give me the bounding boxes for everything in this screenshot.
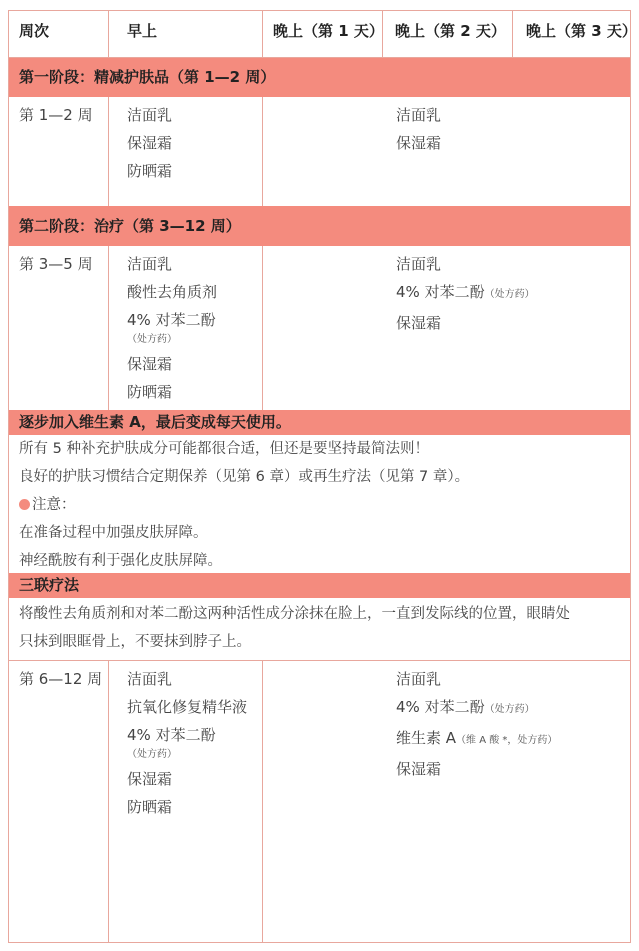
night-list: 洁面乳 4% 对苯二酚（处方药） 维生素 A（维 A 酸 *，处方药） 保湿霜 [396, 665, 557, 783]
stage1-band: 第一阶段：精减护肤品（第 1—2 周） [9, 58, 630, 97]
night-item: 4% 对苯二酚（处方药） [396, 693, 557, 724]
stage2-row-weeks-6-12: 第 6—12 周 洁面乳 抗氧化修复精华液 4% 对苯二酚 （处方药） 保湿霜 … [9, 661, 630, 942]
morning-item: 保湿霜 [127, 350, 217, 378]
morning-list: 洁面乳 酸性去角质剂 4% 对苯二酚 （处方药） 保湿霜 防晒霜 [127, 250, 217, 406]
note-line: 所有 5 种补充护肤成分可能都很合适，但还是要坚持最简法则！ [19, 435, 630, 463]
night-item: 洁面乳 [396, 665, 557, 693]
morning-list: 洁面乳 保湿霜 防晒霜 [127, 101, 172, 185]
note-line: 将酸性去角质剂和对苯二酚这两种活性成分涂抹在脸上，一直到发际线的位置，眼睛处 [19, 600, 630, 628]
header-night-day1: 晚上（第 1 天） [263, 11, 382, 57]
night-item: 维生素 A（维 A 酸 *，处方药） [396, 724, 557, 755]
note-line: 神经酰胺有利于强化皮肤屏障。 [19, 547, 630, 575]
divider [262, 661, 263, 942]
morning-item: 洁面乳 [127, 665, 247, 693]
morning-item: 4% 对苯二酚 [127, 308, 217, 332]
night-list: 洁面乳 4% 对苯二酚（处方药） 保湿霜 [396, 250, 535, 337]
morning-item: 保湿霜 [127, 129, 172, 157]
note-line: 良好的护肤习惯结合定期保养（见第 6 章）或再生疗法（见第 7 章）。 [19, 463, 630, 491]
night-item: 保湿霜 [396, 309, 535, 337]
morning-item: 防晒霜 [127, 378, 217, 406]
header-night-day2: 晚上（第 2 天） [383, 11, 512, 57]
morning-item: 酸性去角质剂 [127, 278, 217, 306]
vitamin-a-band: 逐步加入维生素 A，最后变成每天使用。 [9, 410, 630, 435]
note-line: 只抹到眼眶骨上，不要抹到脖子上。 [19, 628, 630, 656]
night-item-text: 4% 对苯二酚 [396, 698, 485, 716]
divider [108, 661, 109, 942]
header-night-day3: 晚上（第 3 天） [513, 11, 630, 57]
stage1-row: 第 1—2 周 洁面乳 保湿霜 防晒霜 洁面乳 保湿霜 [9, 97, 630, 206]
night-item: 保湿霜 [396, 129, 441, 157]
divider [108, 246, 109, 410]
rx-note: （处方药） [485, 704, 535, 715]
note-attention: 注意： [19, 491, 630, 519]
attention-label: 注意： [32, 497, 76, 513]
divider [262, 97, 263, 206]
stage2-row-weeks-3-5: 第 3—5 周 洁面乳 酸性去角质剂 4% 对苯二酚 （处方药） 保湿霜 防晒霜… [9, 246, 630, 410]
week-label: 第 1—2 周 [19, 101, 93, 129]
notes-block: 所有 5 种补充护肤成分可能都很合适，但还是要坚持最简法则！ 良好的护肤习惯结合… [9, 435, 630, 574]
divider [108, 97, 109, 206]
week-label: 第 6—12 周 [19, 665, 102, 693]
morning-item: 防晒霜 [127, 157, 172, 185]
morning-list: 洁面乳 抗氧化修复精华液 4% 对苯二酚 （处方药） 保湿霜 防晒霜 [127, 665, 247, 821]
morning-item: 洁面乳 [127, 101, 172, 129]
rx-note: （处方药） [127, 332, 217, 348]
note-line: 在准备过程中加强皮肤屏障。 [19, 519, 630, 547]
night-item-text: 4% 对苯二酚 [396, 283, 485, 301]
divider [262, 246, 263, 410]
night-item: 保湿霜 [396, 755, 557, 783]
night-item: 洁面乳 [396, 101, 441, 129]
header-week: 周次 [9, 11, 108, 57]
regimen-table: 周次 早上 晚上（第 1 天） 晚上（第 2 天） 晚上（第 3 天） 第一阶段… [8, 10, 631, 943]
night-item: 4% 对苯二酚（处方药） [396, 278, 535, 309]
night-list: 洁面乳 保湿霜 [396, 101, 441, 157]
morning-item: 保湿霜 [127, 765, 247, 793]
night-item-text: 维生素 A [396, 729, 456, 747]
morning-item: 防晒霜 [127, 793, 247, 821]
stage2-band: 第二阶段：治疗（第 3—12 周） [9, 206, 630, 246]
triple-therapy-band: 三联疗法 [9, 573, 630, 598]
morning-item: 洁面乳 [127, 250, 217, 278]
triple-therapy-text: 将酸性去角质剂和对苯二酚这两种活性成分涂抹在脸上，一直到发际线的位置，眼睛处 只… [9, 598, 630, 661]
rx-note: （处方药） [485, 289, 535, 300]
night-item: 洁面乳 [396, 250, 535, 278]
header-row: 周次 早上 晚上（第 1 天） 晚上（第 2 天） 晚上（第 3 天） [9, 11, 630, 58]
morning-item: 抗氧化修复精华液 [127, 693, 247, 721]
bullet-dot-icon [19, 499, 30, 510]
rx-note: （维 A 酸 *，处方药） [456, 735, 557, 746]
header-morning: 早上 [109, 11, 262, 57]
rx-note: （处方药） [127, 747, 247, 763]
week-label: 第 3—5 周 [19, 250, 93, 278]
morning-item: 4% 对苯二酚 [127, 723, 247, 747]
